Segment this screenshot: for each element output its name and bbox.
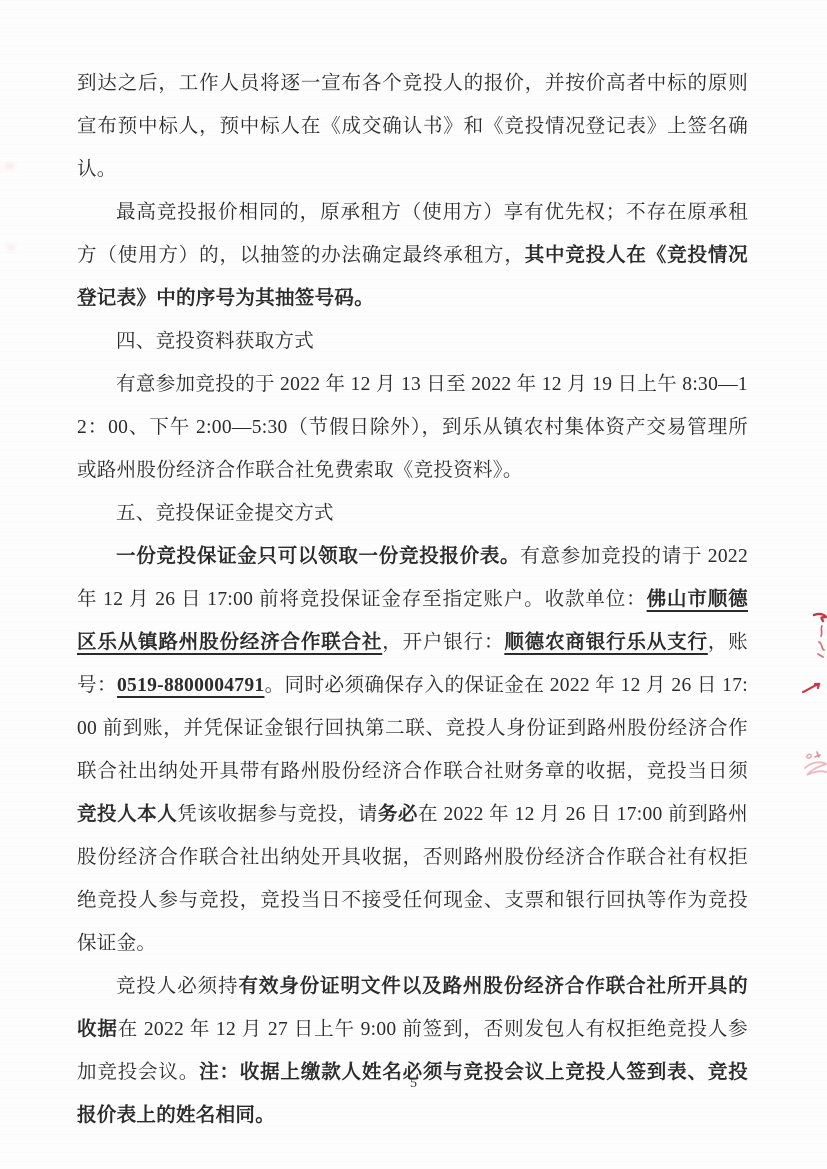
paragraph-6: 一份竞投保证金只可以领取一份竞投报价表。有意参加竞投的请于 2022 年 12 …: [77, 535, 748, 965]
text-run: 凭该收据参与竞投，请: [177, 804, 378, 825]
pink-smudge-left-upper: [5, 163, 15, 169]
text-run: 竞投人必须持: [116, 976, 238, 997]
text-run: 在 2022 年 12 月 26 日 17:00 前到路州股份经济合作联合社出纳…: [77, 804, 748, 954]
text-run: ，开户银行：: [382, 632, 504, 653]
paragraph-1: 到达之后，工作人员将逐一宣布各个竞投人的报价，并按价高者中标的原则宣布预中标人，…: [77, 62, 748, 191]
paragraph-2: 最高竞投报价相同的，原承租方（使用方）享有优先权；不存在原承租方（使用方）的，以…: [77, 191, 748, 320]
text-run: 四、竞投资料获取方式: [116, 331, 314, 352]
text-run: 一份竞投保证金只可以领取一份竞投报价表。: [116, 546, 520, 567]
text-run: 顺德农商银行乐从支行: [504, 632, 707, 653]
pink-smudge-left-lower: [7, 245, 15, 250]
paragraph-3: 四、竞投资料获取方式: [77, 320, 748, 363]
page-number: 5: [0, 1076, 827, 1092]
document-page: 到达之后，工作人员将逐一宣布各个竞投人的报价，并按价高者中标的原则宣布预中标人，…: [0, 0, 827, 1169]
text-run: 五、竞投保证金提交方式: [116, 503, 334, 524]
text-run: 0519-8800004791: [117, 675, 265, 696]
text-run: 有意参加竞投的于 2022 年 12 月 13 日至 2022 年 12 月 1…: [77, 374, 748, 481]
text-run: 务必: [378, 804, 418, 825]
paragraph-4: 有意参加竞投的于 2022 年 12 月 13 日至 2022 年 12 月 1…: [77, 363, 748, 492]
paragraph-5: 五、竞投保证金提交方式: [77, 492, 748, 535]
text-run: 竞投人本人: [77, 804, 177, 825]
paragraph-7: 竞投人必须持有效身份证明文件以及路州股份经济合作联合社所开具的收据在 2022 …: [77, 965, 748, 1137]
text-run: 到达之后，工作人员将逐一宣布各个竞投人的报价，并按价高者中标的原则宣布预中标人，…: [77, 73, 748, 180]
document-body: 到达之后，工作人员将逐一宣布各个竞投人的报价，并按价高者中标的原则宣布预中标人，…: [77, 62, 748, 1137]
